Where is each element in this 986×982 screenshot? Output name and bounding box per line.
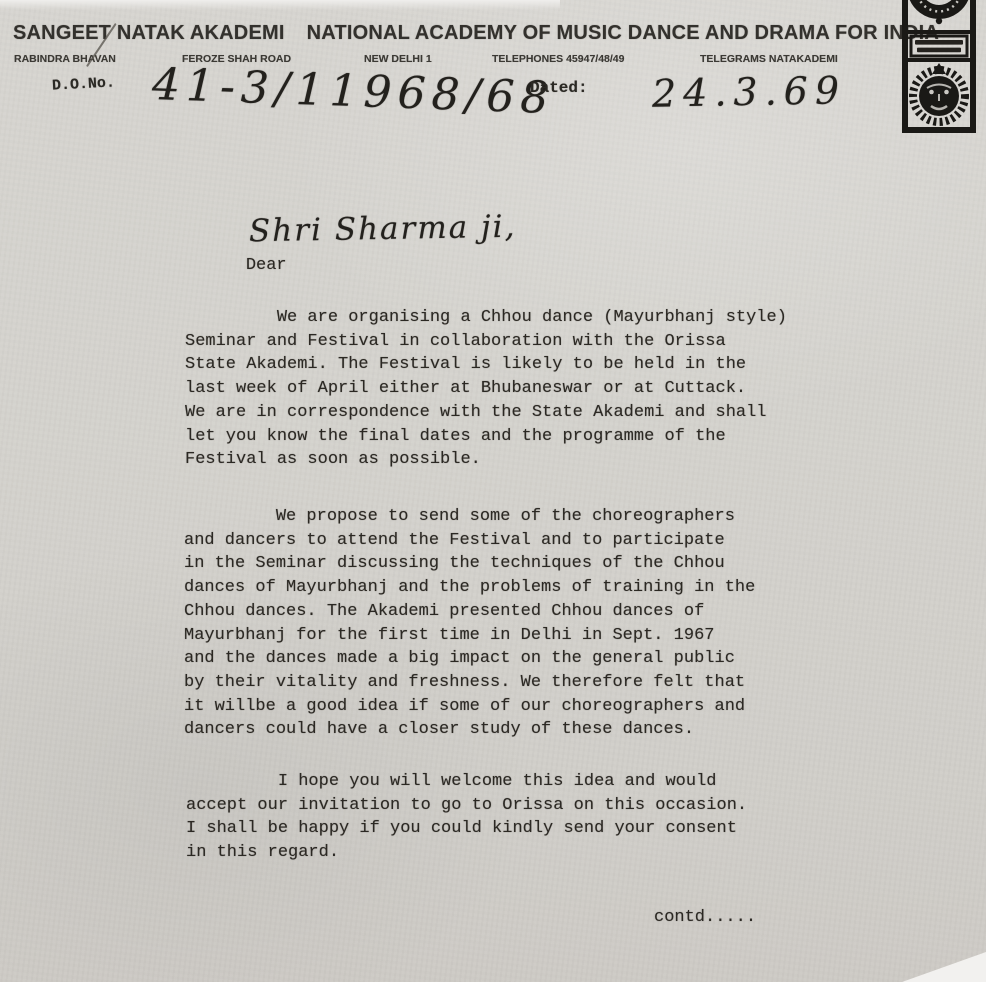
scan-edge-top xyxy=(0,0,560,10)
salutation-handwritten: Shri Sharma ji, xyxy=(249,216,517,244)
telegrams: TELEGRAMS NATAKADEMI xyxy=(700,53,838,65)
telephones: TELEPHONES 45947/48/49 xyxy=(492,53,625,65)
date-handwritten: 24.3.69 xyxy=(652,68,847,115)
salutation-typed: Dear xyxy=(246,256,287,275)
paragraph-1: We are organising a Chhou dance (Mayurbh… xyxy=(185,306,787,472)
date-label: Dated: xyxy=(530,79,588,97)
contd-note: contd..... xyxy=(654,906,756,930)
org-name: SANGEET NATAK AKADEMI xyxy=(13,22,285,44)
letterhead-title-row: SANGEET NATAK AKADEMINATIONAL ACADEMY OF… xyxy=(13,22,939,45)
address-building: RABINDRA BHAVAN xyxy=(14,53,116,65)
org-name-english: NATIONAL ACADEMY OF MUSIC DANCE AND DRAM… xyxy=(307,22,939,44)
paragraph-2: We propose to send some of the choreogra… xyxy=(184,505,755,742)
paragraph-3: I hope you will welcome this idea and wo… xyxy=(186,770,747,865)
ref-number-handwritten: 41-3/11968/68 xyxy=(151,59,555,124)
scanned-letter-page: SANGEET NATAK AKADEMINATIONAL ACADEMY OF… xyxy=(0,0,986,982)
ref-number-label: D.O.No. xyxy=(52,74,116,94)
sangeet-natak-akademi-emblem-icon xyxy=(901,0,977,134)
scan-edge-corner xyxy=(902,952,986,982)
address-city: NEW DELHI 1 xyxy=(364,53,432,65)
